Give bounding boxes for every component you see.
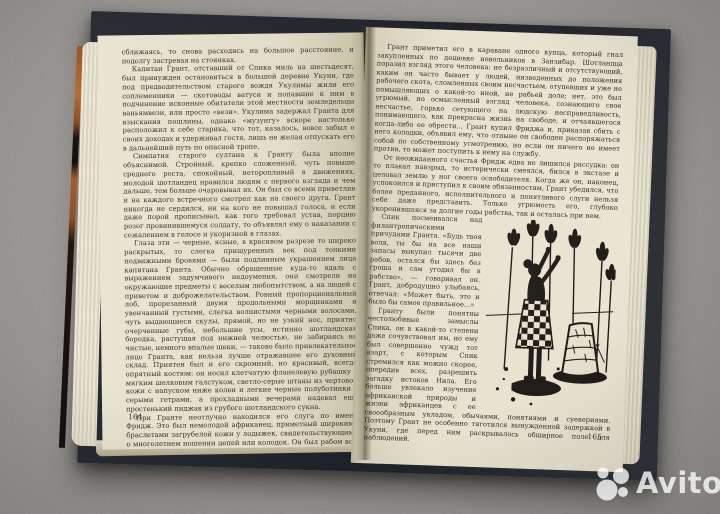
paragraph: Симпатия старого султана к Гранту была в… <box>123 150 356 240</box>
right-page: Грант приметил его в караване одного куп… <box>351 27 638 472</box>
page-number-left: 164 <box>128 412 142 421</box>
left-page-text: сближаясь, то снова расходясь на большое… <box>122 46 359 450</box>
paragraph: При Гранте неотлучно находился его слуга… <box>126 411 359 450</box>
paragraph: Грант приметил его в караване одного куп… <box>374 42 624 161</box>
paragraph: Глаза эти — черные, ясные, в красивом ра… <box>124 237 358 414</box>
paragraph: Капитан Грант, отставший от Спика миль н… <box>122 63 355 153</box>
avito-watermark: Avito <box>594 464 720 501</box>
woman-harvesting-grain-illustration <box>483 218 618 412</box>
avito-logo-icon <box>594 464 631 501</box>
page-number-right: 165 <box>587 432 602 441</box>
paragraph: От неожиданного счастья Фридж едва не ли… <box>372 153 620 221</box>
left-page: сближаясь, то снова расходясь на большое… <box>97 32 368 449</box>
right-page-text: Грант приметил его в караване одного куп… <box>364 42 624 450</box>
watermark-text: Avito <box>636 466 720 500</box>
book-photo: сближаясь, то снова расходясь на большое… <box>0 0 720 514</box>
